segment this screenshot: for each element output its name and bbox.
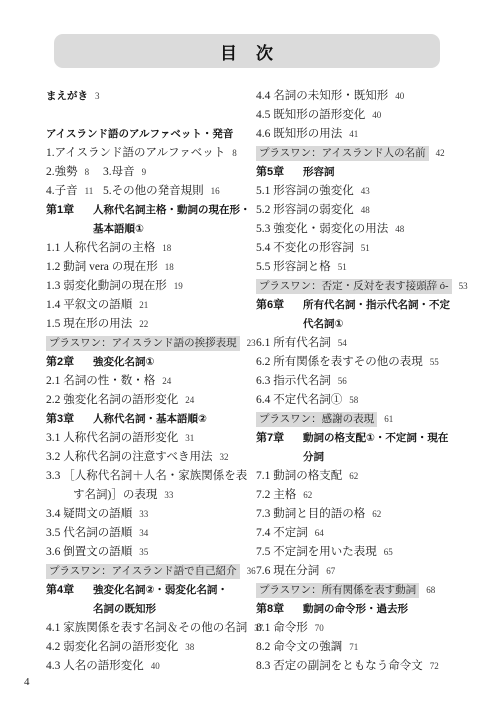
entry-page-number: 51 — [361, 243, 370, 253]
toc-line: 4.3 人名の語形変化40 — [46, 657, 250, 676]
entry-text: 1.5 現在形の用法 — [46, 318, 132, 330]
entry-page-number: 19 — [174, 281, 183, 291]
entry-text: 2.1 名詞の性・数・格 — [46, 375, 155, 387]
toc-line: 5.2 形容詞の弱変化48 — [256, 201, 472, 220]
entry-page-number: 40 — [395, 91, 404, 101]
entry-text: 分詞 — [303, 451, 324, 463]
toc-line: 第5章形容詞 — [256, 163, 472, 182]
entry-page-number: 18 — [162, 243, 171, 253]
entry-text: 4.子音 — [46, 185, 78, 197]
entry-text: 4.5 既知形の語形変化 — [256, 109, 365, 121]
entry-page-number: 67 — [326, 566, 335, 576]
entry-text: 5.その他の発音規則 — [103, 185, 204, 197]
entry-text: 5.3 強変化・弱変化の用法 — [256, 223, 388, 235]
entry-page-number: 62 — [303, 490, 312, 500]
toc-line: 5.5 形容詞と格51 — [256, 258, 472, 277]
toc-line: 7.3 動詞と目的語の格62 — [256, 505, 472, 524]
toc-line: 分詞 — [256, 448, 472, 467]
toc-line: 6.3 指示代名詞56 — [256, 372, 472, 391]
toc-line: 7.2 主格62 — [256, 486, 472, 505]
entry-text: 7.4 不定詞 — [256, 527, 308, 539]
toc-line: プラスワン：アイスランド人の名前42 — [256, 144, 472, 163]
chapter-title: 人称代名詞主格・動詞の現在形・ — [93, 204, 251, 216]
entry-page-number: 33 — [139, 509, 148, 519]
toc-line: 7.1 動詞の格支配62 — [256, 467, 472, 486]
entry-text: 8.1 命令形 — [256, 622, 308, 634]
chapter-title: 強変化名詞① — [93, 356, 154, 368]
chapter-title: 所有代名詞・指示代名詞・不定 — [303, 299, 450, 311]
entry-page-number: 54 — [338, 338, 347, 348]
entry-text: 3.5 代名詞の語順 — [46, 527, 132, 539]
toc-line: 7.6 現在分詞67 — [256, 562, 472, 581]
toc-title-banner: 目 次 — [54, 34, 440, 68]
entry-text: 4.3 人名の語形変化 — [46, 660, 144, 672]
toc-entry-group: 2.強勢8 — [46, 163, 103, 182]
entry-page-number: 71 — [349, 642, 358, 652]
entry-text: 7.2 主格 — [256, 489, 296, 501]
toc-line: 2.強勢83.母音9 — [46, 163, 250, 182]
toc-line: アイスランド語のアルファベット・発音 — [46, 125, 250, 144]
toc-line: 6.2 所有関係を表すその他の表現55 — [256, 353, 472, 372]
entry-text: 5.4 不変化の形容詞 — [256, 242, 354, 254]
entry-page-number: 43 — [361, 186, 370, 196]
entry-page-number: 9 — [142, 167, 147, 177]
toc-line: 1.3 弱変化動詞の現在形19 — [46, 277, 250, 296]
toc-line: 8.1 命令形70 — [256, 619, 472, 638]
toc-line: 7.5 不定詞を用いた表現65 — [256, 543, 472, 562]
entry-page-number: 48 — [395, 224, 404, 234]
toc-line: 6.4 不定代名詞①58 — [256, 391, 472, 410]
entry-text: 4.1 家族関係を表す名詞＆その他の名詞 — [46, 622, 247, 634]
toc-line: 4.5 既知形の語形変化40 — [256, 106, 472, 125]
entry-page-number: 32 — [220, 452, 229, 462]
plus-one-entry-text: プラスワン：所有関係を表す動詞 — [256, 583, 419, 598]
entry-page-number: 62 — [349, 471, 358, 481]
entry-page-number: 62 — [372, 509, 381, 519]
toc-line: 基本語順① — [46, 220, 250, 239]
entry-page-number: 3 — [95, 91, 100, 101]
entry-text: 4.4 名詞の未知形・既知形 — [256, 90, 388, 102]
toc-line: まえがき3 — [46, 87, 250, 106]
chapter-title: 形容詞 — [303, 166, 335, 178]
entry-page-number: 23 — [247, 338, 256, 348]
entry-text: 基本語順① — [93, 223, 144, 235]
toc-line: 2.1 名詞の性・数・格24 — [46, 372, 250, 391]
entry-page-number: 18 — [165, 262, 174, 272]
chapter-number: 第6章 — [256, 296, 303, 315]
toc-line: 第6章所有代名詞・指示代名詞・不定 — [256, 296, 472, 315]
toc-line: 第8章動詞の命令形・過去形 — [256, 600, 472, 619]
chapter-title: 強変化名詞②・弱変化名詞・ — [93, 584, 228, 596]
entry-text: アイスランド語のアルファベット・発音 — [46, 128, 233, 140]
entry-text: 3.1 人称代名詞の語形変化 — [46, 432, 178, 444]
entry-text: 1.2 動詞 vera の現在形 — [46, 261, 158, 273]
folio-page-number: 4 — [24, 676, 30, 688]
entry-page-number: 55 — [430, 357, 439, 367]
entry-text: 6.3 指示代名詞 — [256, 375, 331, 387]
entry-text: 2.2 強変化名詞の語形変化 — [46, 394, 178, 406]
entry-page-number: 24 — [185, 395, 194, 405]
chapter-number: 第3章 — [46, 410, 93, 429]
toc-line: 8.2 命令文の強調71 — [256, 638, 472, 657]
entry-page-number: 31 — [185, 433, 194, 443]
entry-page-number: 38 — [185, 642, 194, 652]
entry-text: 7.6 現在分詞 — [256, 565, 319, 577]
entry-page-number: 21 — [139, 300, 148, 310]
toc-line: 3.2 人称代名詞の注意すべき用法32 — [46, 448, 250, 467]
toc-line: 4.6 既知形の用法41 — [256, 125, 472, 144]
toc-line: 4.2 弱変化名詞の語形変化38 — [46, 638, 250, 657]
toc-line: プラスワン：所有関係を表す動詞68 — [256, 581, 472, 600]
toc-line: 2.2 強変化名詞の語形変化24 — [46, 391, 250, 410]
toc-line: 8.3 否定の副詞をともなう命令文72 — [256, 657, 472, 676]
entry-page-number: 51 — [338, 262, 347, 272]
toc-line: プラスワン：アイスランド語で自己紹介36 — [46, 562, 250, 581]
entry-page-number: 40 — [372, 110, 381, 120]
toc-line: プラスワン：感謝の表現61 — [256, 410, 472, 429]
entry-page-number: 53 — [459, 281, 468, 291]
entry-page-number: 70 — [315, 623, 324, 633]
chapter-number: 第8章 — [256, 600, 303, 619]
entry-page-number: 65 — [384, 547, 393, 557]
entry-page-number: 22 — [139, 319, 148, 329]
entry-text: 5.2 形容詞の弱変化 — [256, 204, 354, 216]
entry-text: まえがき — [46, 90, 88, 102]
toc-line: 4.1 家族関係を表す名詞＆その他の名詞37 — [46, 619, 250, 638]
toc-line: 1.アイスランド語のアルファベット8 — [46, 144, 250, 163]
plus-one-entry-text: プラスワン：感謝の表現 — [256, 412, 377, 427]
toc-line: 7.4 不定詞64 — [256, 524, 472, 543]
toc-line: 名詞の既知形 — [46, 600, 250, 619]
entry-text: 代名詞① — [303, 318, 343, 330]
toc-line: 第7章動詞の格支配①・不定詞・現在 — [256, 429, 472, 448]
toc-line: 5.1 形容詞の強変化43 — [256, 182, 472, 201]
entry-text: 7.3 動詞と目的語の格 — [256, 508, 365, 520]
entry-page-number: 64 — [315, 528, 324, 538]
entry-page-number: 35 — [139, 547, 148, 557]
entry-page-number: 24 — [162, 376, 171, 386]
entry-page-number: 68 — [426, 585, 435, 595]
entry-text: 1.アイスランド語のアルファベット — [46, 147, 225, 159]
plus-one-entry-text: プラスワン：アイスランド語で自己紹介 — [46, 564, 240, 579]
toc-entry-group: 4.子音11 — [46, 182, 103, 201]
toc-line: プラスワン：否定・反対を表す接頭辞 ó-53 — [256, 277, 472, 296]
entry-page-number: 72 — [430, 661, 439, 671]
entry-text: 8.2 命令文の強調 — [256, 641, 342, 653]
entry-text: 4.2 弱変化名詞の語形変化 — [46, 641, 178, 653]
toc-line: 4.子音115.その他の発音規則16 — [46, 182, 250, 201]
chapter-number: 第2章 — [46, 353, 93, 372]
entry-page-number: 11 — [85, 186, 94, 196]
toc-line: 3.1 人称代名詞の語形変化31 — [46, 429, 250, 448]
toc-line: 6.1 所有代名詞54 — [256, 334, 472, 353]
plus-one-entry-text: プラスワン：アイスランド人の名前 — [256, 146, 429, 161]
toc-line: 3.4 疑問文の語順33 — [46, 505, 250, 524]
toc-line: 1.2 動詞 vera の現在形18 — [46, 258, 250, 277]
entry-page-number: 42 — [436, 148, 445, 158]
entry-page-number: 33 — [164, 490, 173, 500]
toc-line: 4.4 名詞の未知形・既知形40 — [256, 87, 472, 106]
toc-spacer — [46, 106, 250, 125]
page-title: 目 次 — [220, 39, 274, 64]
entry-page-number: 36 — [247, 566, 256, 576]
entry-text: 2.強勢 — [46, 166, 78, 178]
toc-line: 5.3 強変化・弱変化の用法48 — [256, 220, 472, 239]
toc-line: 第1章人称代名詞主格・動詞の現在形・ — [46, 201, 250, 220]
toc-line: 1.4 平叙文の語順21 — [46, 296, 250, 315]
toc-line: 5.4 不変化の形容詞51 — [256, 239, 472, 258]
entry-text: 3.6 倒置文の語順 — [46, 546, 132, 558]
toc-line: す名詞)］の表現33 — [46, 486, 250, 505]
entry-text: 名詞の既知形 — [93, 603, 156, 615]
toc-line: 第4章強変化名詞②・弱変化名詞・ — [46, 581, 250, 600]
chapter-number: 第5章 — [256, 163, 303, 182]
plus-one-entry-text: プラスワン：アイスランド語の挨拶表現 — [46, 336, 240, 351]
entry-text: 8.3 否定の副詞をともなう命令文 — [256, 660, 423, 672]
toc-line: 3.6 倒置文の語順35 — [46, 543, 250, 562]
toc-line: 1.1 人称代名詞の主格18 — [46, 239, 250, 258]
entry-text: 6.1 所有代名詞 — [256, 337, 331, 349]
entry-text: 3.母音 — [103, 166, 135, 178]
chapter-title: 人称代名詞・基本語順② — [93, 413, 207, 425]
toc-line: 3.5 代名詞の語順34 — [46, 524, 250, 543]
entry-page-number: 34 — [139, 528, 148, 538]
entry-text: 6.2 所有関係を表すその他の表現 — [256, 356, 423, 368]
entry-page-number: 8 — [85, 167, 90, 177]
entry-text: 1.1 人称代名詞の主格 — [46, 242, 155, 254]
toc-right-column: 4.4 名詞の未知形・既知形404.5 既知形の語形変化404.6 既知形の用法… — [256, 87, 472, 676]
toc-line: 第3章人称代名詞・基本語順② — [46, 410, 250, 429]
entry-text: 7.1 動詞の格支配 — [256, 470, 342, 482]
toc-line: 第2章強変化名詞① — [46, 353, 250, 372]
entry-text: 6.4 不定代名詞① — [256, 394, 342, 406]
toc-line: 3.3 ［人称代名詞＋人名・家族関係を表 — [46, 467, 250, 486]
entry-page-number: 58 — [349, 395, 358, 405]
entry-page-number: 56 — [338, 376, 347, 386]
entry-text: 1.4 平叙文の語順 — [46, 299, 132, 311]
entry-text: 1.3 弱変化動詞の現在形 — [46, 280, 167, 292]
chapter-title: 動詞の格支配①・不定詞・現在 — [303, 432, 448, 444]
entry-page-number: 61 — [384, 414, 393, 424]
chapter-title: 動詞の命令形・過去形 — [303, 603, 408, 615]
entry-text: す名詞)］の表現 — [73, 489, 157, 501]
entry-page-number: 41 — [349, 129, 358, 139]
entry-text: 5.1 形容詞の強変化 — [256, 185, 354, 197]
entry-page-number: 16 — [211, 186, 220, 196]
toc-line: 1.5 現在形の用法22 — [46, 315, 250, 334]
toc-line: 代名詞① — [256, 315, 472, 334]
chapter-number: 第7章 — [256, 429, 303, 448]
entry-text: 3.2 人称代名詞の注意すべき用法 — [46, 451, 213, 463]
entry-page-number: 40 — [151, 661, 160, 671]
entry-text: 7.5 不定詞を用いた表現 — [256, 546, 377, 558]
chapter-number: 第4章 — [46, 581, 93, 600]
entry-text: 3.3 ［人称代名詞＋人名・家族関係を表 — [46, 470, 247, 482]
entry-text: 4.6 既知形の用法 — [256, 128, 342, 140]
chapter-number: 第1章 — [46, 201, 93, 220]
entry-text: 3.4 疑問文の語順 — [46, 508, 132, 520]
entry-text: 5.5 形容詞と格 — [256, 261, 331, 273]
toc-line: プラスワン：アイスランド語の挨拶表現23 — [46, 334, 250, 353]
entry-page-number: 8 — [232, 148, 237, 158]
entry-page-number: 48 — [361, 205, 370, 215]
toc-left-column: まえがき3アイスランド語のアルファベット・発音1.アイスランド語のアルファベット… — [46, 87, 250, 676]
plus-one-entry-text: プラスワン：否定・反対を表す接頭辞 ó- — [256, 279, 452, 294]
